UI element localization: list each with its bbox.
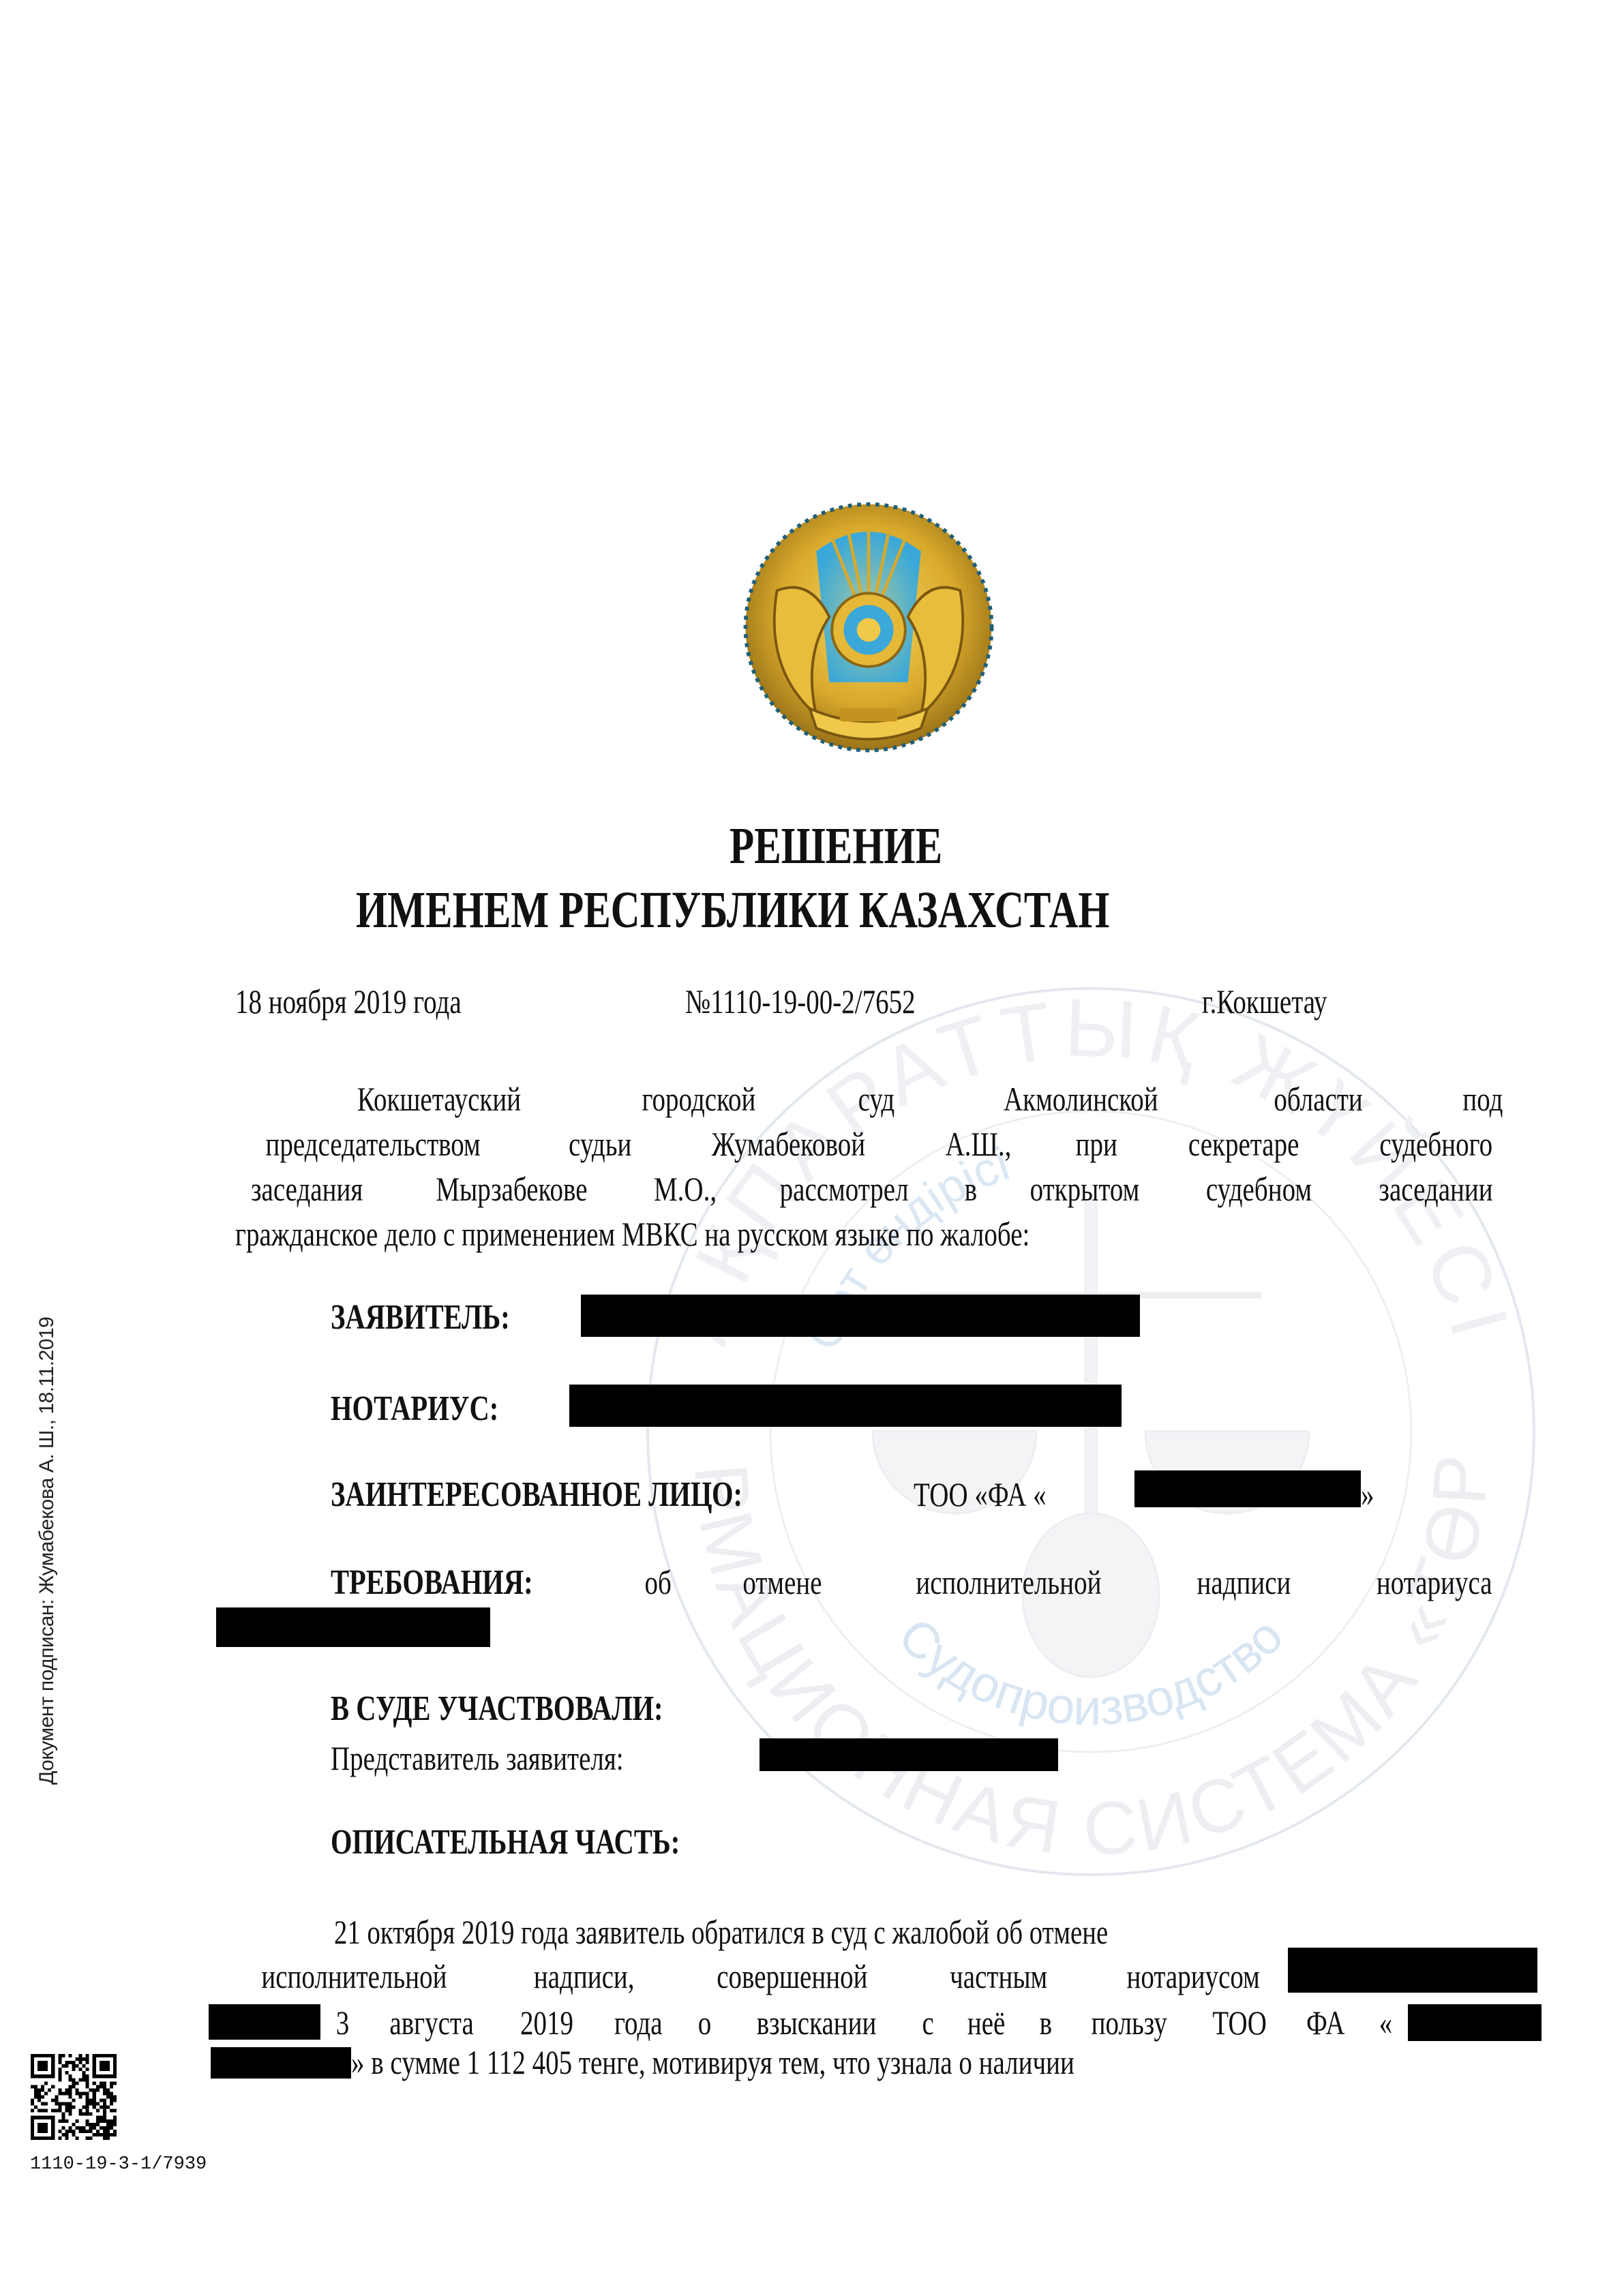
word: области bbox=[1274, 1079, 1363, 1119]
body-line-3: 3августа2019годаовзысканииснеёвпользуТОО… bbox=[334, 2003, 1394, 2042]
kazakhstan-state-emblem bbox=[738, 499, 999, 761]
word: нотариуса bbox=[1377, 1562, 1492, 1602]
word: председательством bbox=[265, 1124, 480, 1164]
redacted-applicant-name bbox=[581, 1295, 1140, 1337]
intro-line-2: председательствомсудьиЖумабековойА.Ш.,пр… bbox=[235, 1124, 1509, 1164]
qr-code-caption: 1110-19-3-1/7939 bbox=[30, 2154, 207, 2175]
word: городской bbox=[642, 1079, 755, 1119]
interested-party-label: ЗАИНТЕРЕСОВАННОЕ ЛИЦО: bbox=[331, 1475, 858, 1515]
word: отмене bbox=[742, 1562, 822, 1602]
word: заседании bbox=[1379, 1169, 1492, 1209]
applicant-label: ЗАЯВИТЕЛЬ: bbox=[331, 1297, 560, 1338]
document-page: АҚПАРАТТЫҚ ЖҮЙЕСІ Сот өндірісі Судопроиз… bbox=[0, 0, 1624, 2296]
word: А.Ш., bbox=[946, 1124, 1012, 1164]
word: частным bbox=[950, 1957, 1047, 1996]
representative-label: Представитель заявителя: bbox=[331, 1738, 706, 1778]
descriptive-part-label: ОПИСАТЕЛЬНАЯ ЧАСТЬ: bbox=[331, 1822, 779, 1862]
word: Акмолинской bbox=[1004, 1079, 1158, 1119]
redacted-representative-name bbox=[760, 1738, 1058, 1771]
redacted-notary-name-2 bbox=[216, 1607, 490, 1647]
word: под bbox=[1463, 1079, 1503, 1119]
document-title: РЕШЕНИЕ bbox=[730, 817, 1002, 876]
body-line-2: исполнительнойнадписи,совершеннойчастным… bbox=[235, 1957, 1278, 1996]
word: ФА bbox=[1306, 2003, 1345, 2042]
interested-party-prefix: ТОО «ФА « bbox=[914, 1475, 1084, 1514]
requirements-label: ТРЕБОВАНИЯ: bbox=[331, 1562, 590, 1603]
interested-party-suffix: » bbox=[1361, 1475, 1378, 1514]
case-number: №1110-19-00-2/7652 bbox=[685, 982, 980, 1021]
word: пользу bbox=[1091, 2003, 1167, 2042]
requirements-text: оботменеисполнительнойнадписинотариуса bbox=[641, 1562, 1509, 1602]
intro-line-3: заседанияМырзабековеМ.О.,рассмотрелвоткр… bbox=[235, 1169, 1509, 1209]
redacted-company-name bbox=[1134, 1470, 1361, 1507]
word: ТОО bbox=[1212, 2003, 1267, 2042]
intro-line-1: КокшетаускийгородскойсудАкмолинскойоблас… bbox=[334, 1079, 1509, 1119]
word: судебного bbox=[1380, 1124, 1493, 1164]
word: суд bbox=[858, 1079, 895, 1119]
redacted-company-name-2 bbox=[1408, 2004, 1542, 2041]
svg-text:Судопроизводство: Судопроизводство bbox=[888, 1607, 1293, 1736]
word: Кокшетауский bbox=[357, 1079, 521, 1119]
word: в bbox=[1039, 2003, 1051, 2042]
intro-line-4: гражданское дело с применением МВКС на р… bbox=[235, 1214, 1254, 1254]
word: 2019 bbox=[520, 2003, 573, 2042]
word: надписи bbox=[1197, 1562, 1291, 1602]
word: исполнительной bbox=[916, 1562, 1101, 1602]
digital-signature-stamp: Документ подписан: Жумабекова А. Ш., 18.… bbox=[35, 1317, 59, 1785]
body-line-4: » в сумме 1 112 405 тенге, мотивируя тем… bbox=[351, 2042, 1278, 2082]
word: надписи, bbox=[534, 1957, 635, 1996]
redacted-company-name-3 bbox=[211, 2047, 351, 2079]
word: исполнительной bbox=[261, 1957, 447, 1996]
word: о bbox=[698, 2003, 712, 2042]
redacted-notary-name bbox=[569, 1385, 1122, 1427]
body-line-1: 21 октября 2019 года заявитель обратился… bbox=[334, 1912, 1333, 1952]
word: рассмотрел bbox=[779, 1169, 908, 1209]
word: заседания bbox=[251, 1169, 363, 1209]
word: при bbox=[1076, 1124, 1117, 1164]
word: М.О., bbox=[654, 1169, 717, 1209]
redacted-notary-name-4 bbox=[209, 2004, 320, 2040]
word: судьи bbox=[569, 1124, 631, 1164]
redacted-notary-name-3 bbox=[1288, 1948, 1537, 1993]
word: судебном bbox=[1206, 1169, 1312, 1209]
word: совершенной bbox=[717, 1957, 868, 1996]
word: « bbox=[1379, 2003, 1393, 2042]
notary-label: НОТАРИУС: bbox=[331, 1389, 546, 1429]
word: Жумабековой bbox=[712, 1124, 865, 1164]
word: с bbox=[922, 2003, 933, 2042]
participants-label: В СУДЕ УЧАСТВОВАЛИ: bbox=[331, 1689, 757, 1729]
word: августа bbox=[390, 2003, 474, 2042]
document-subtitle: ИМЕНЕМ РЕСПУБЛИКИ КАЗАХСТАН bbox=[356, 881, 1322, 940]
word: нотариусом bbox=[1126, 1957, 1259, 1996]
decision-date: 18 ноября 2019 года bbox=[235, 982, 525, 1021]
word: Мырзабекове bbox=[436, 1169, 588, 1209]
word: года bbox=[614, 2003, 663, 2042]
word: неё bbox=[967, 2003, 1006, 2042]
word: в bbox=[964, 1169, 976, 1209]
word: открытом bbox=[1030, 1169, 1140, 1209]
word: 3 bbox=[336, 2003, 350, 2042]
city: г.Кокшетау bbox=[1202, 982, 1362, 1021]
word: взыскании bbox=[757, 2003, 877, 2042]
word: секретаре bbox=[1188, 1124, 1299, 1164]
document-qr-code[interactable] bbox=[31, 2054, 117, 2140]
word: об bbox=[645, 1562, 672, 1602]
